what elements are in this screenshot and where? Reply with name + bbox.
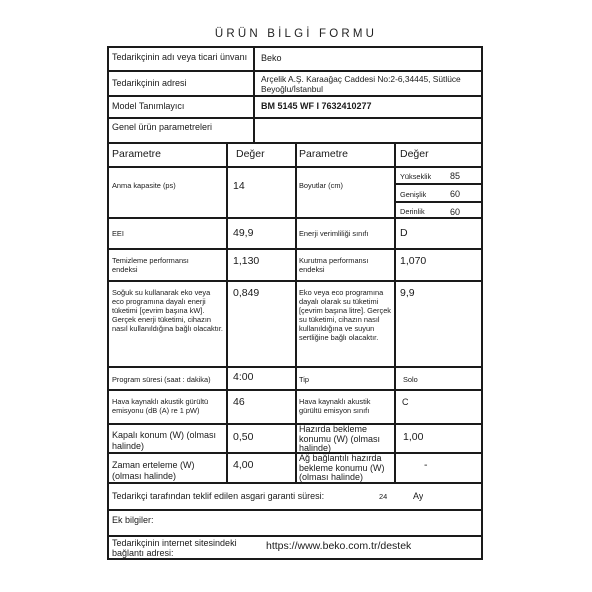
width-label: Genişlik [400,190,426,199]
model-identifier-value: BM 5145 WF I 7632410277 [261,101,476,112]
capacity-value: 14 [233,181,245,193]
water-consumption-value: 9,9 [400,288,415,300]
type-label: Tip [299,375,309,384]
param-header-1: Parametre [112,149,161,161]
divider [394,142,396,483]
noise-value: 46 [233,397,245,409]
off-mode-value: 0,50 [233,432,253,444]
divider [107,95,483,97]
network-standby-label: Ağ bağlantılı hazırda bekleme konumu (W)… [299,454,393,482]
eei-label: EEI [112,229,124,238]
standby-value: 1,00 [403,432,423,444]
supplier-name-label: Tedarikçinin adı veya ticari ünvanı [112,52,252,63]
supplier-name-value: Beko [261,53,476,64]
noise-class-label: Hava kaynaklı akustik gürültü emisyon sı… [299,397,389,415]
support-website-link[interactable]: https://www.beko.com.tr/destek [266,541,411,553]
additional-info-label: Ek bilgiler: [112,515,154,526]
cleaning-value: 1,130 [233,256,259,268]
value-header-2: Değer [400,149,429,161]
divider [395,201,483,203]
drying-value: 1,070 [400,256,426,268]
model-identifier-label: Model Tanımlayıcı [112,101,252,112]
water-consumption-label: Eko veya eco programına dayalı olarak su… [299,288,393,342]
standby-label: Hazırda bekleme konumu (W) (olması halin… [299,425,393,452]
divider [295,142,297,483]
eei-value: 49,9 [233,228,253,240]
warranty-label: Tedarikçi tarafından teklif edilen asgar… [112,491,372,502]
energy-consumption-value: 0,849 [233,288,259,300]
general-parameters-label: Genel ürün parametreleri [112,122,252,133]
type-value: Solo [403,375,418,384]
program-duration-value: 4:00 [233,372,253,384]
divider [253,46,255,143]
noise-class-value: C [402,397,409,408]
off-mode-label: Kapalı konum (W) (olması halinde) [112,430,224,451]
form-title: ÜRÜN BİLGİ FORMU [0,28,592,40]
program-duration-label: Program süresi (saat : dakika) [112,375,226,384]
noise-label: Hava kaynaklı akustik gürültü emisyonu (… [112,397,222,415]
network-standby-value: - [424,460,428,472]
depth-value: 60 [450,207,460,218]
divider [107,117,483,119]
divider [107,70,483,72]
divider [395,183,483,185]
param-header-2: Parametre [299,149,348,161]
warranty-unit: Ay [413,491,423,502]
width-value: 60 [450,189,460,200]
depth-label: Derinlik [400,207,425,216]
dimensions-label: Boyutlar (cm) [299,181,393,190]
supplier-address-value: Arçelik A.Ş. Karaağaç Caddesi No:2-6,344… [261,74,481,95]
delay-start-label: Zaman erteleme (W) (olması halinde) [112,460,224,481]
height-label: Yükseklik [400,172,431,181]
energy-consumption-label: Soğuk su kullanarak eko veya eco program… [112,288,224,333]
energy-class-label: Enerji verimliliği sınıfı [299,229,393,238]
capacity-label: Anma kapasite (ps) [112,181,224,190]
supplier-address-label: Tedarikçinin adresi [112,78,252,89]
energy-class-value: D [400,228,408,240]
divider [226,142,228,483]
divider [107,509,483,511]
cleaning-label: Temizleme performansı endeksi [112,256,212,274]
website-label: Tedarikçinin internet sitesindeki bağlan… [112,539,262,558]
drying-label: Kurutma performansı endeksi [299,256,389,274]
height-value: 85 [450,171,460,182]
value-header-1: Değer [236,149,265,161]
warranty-value: 24 [379,492,387,501]
delay-start-value: 4,00 [233,460,253,472]
divider [107,535,483,537]
